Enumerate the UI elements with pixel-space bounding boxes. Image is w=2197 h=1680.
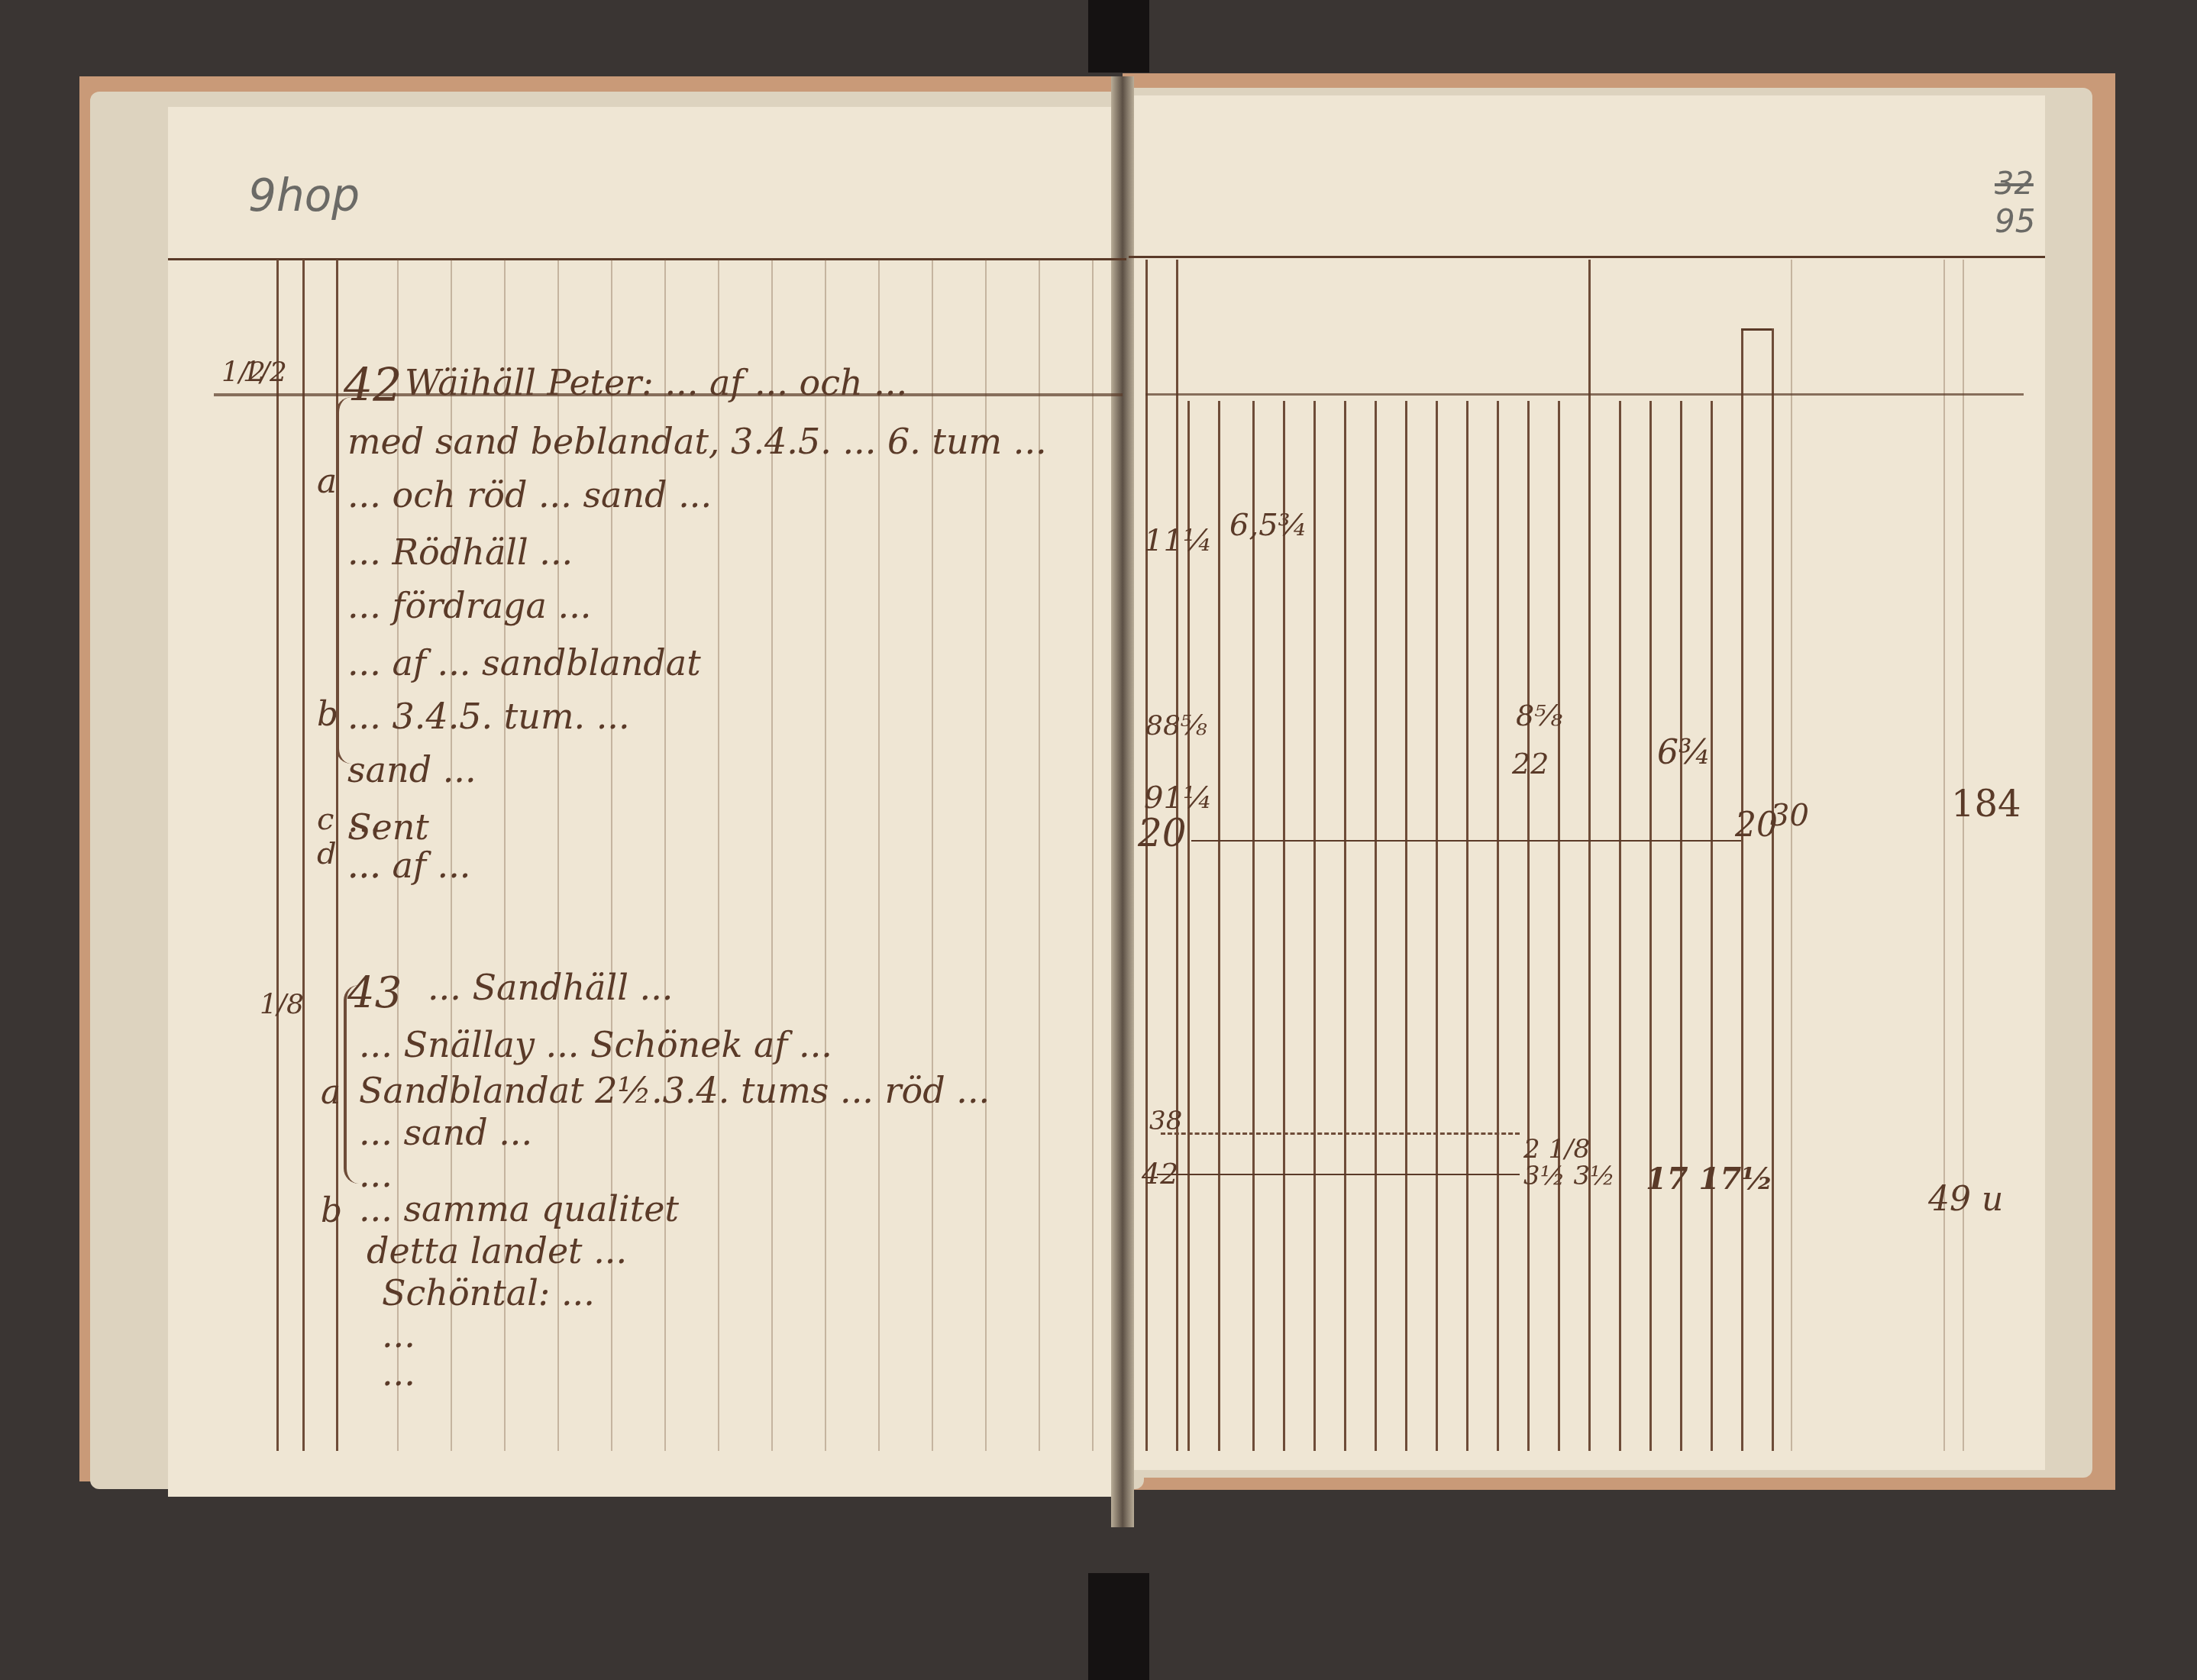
margin-rule-2 — [302, 260, 305, 1451]
col-rule — [1283, 401, 1285, 1451]
figure: 3½ 3½ — [1523, 1161, 1615, 1191]
figure: 30 — [1770, 798, 1809, 833]
faint-rule — [1791, 260, 1792, 1451]
entry-42-line: ... fördraga ... — [347, 588, 591, 623]
entry-42-c-text: Sent — [347, 809, 429, 845]
entry-42-line: med sand beblandat, 3.4.5. ... 6. tum ..… — [347, 424, 1047, 459]
col-rule — [1649, 401, 1652, 1451]
figure: 2 1/8 — [1523, 1134, 1590, 1165]
figure: 38 — [1149, 1106, 1182, 1136]
faint-rule — [1943, 260, 1945, 1451]
entry-42-rule-right — [1145, 393, 2024, 396]
entry-42-label-d: d — [317, 836, 337, 871]
entry-43-b-line: ... — [382, 1317, 415, 1352]
header-rule-right — [1129, 256, 2045, 258]
figure: 6¾ — [1657, 733, 1711, 772]
figure: 184 — [1951, 783, 2021, 825]
col-rule — [1313, 401, 1316, 1451]
entry-43-b-line: detta landet ... — [367, 1233, 627, 1268]
entry-43-b-line: Schöntal: ... — [382, 1275, 595, 1310]
margin-rule-1 — [276, 260, 279, 1451]
dashed-rule — [1161, 1132, 1520, 1135]
entry-42-label-b: b — [317, 695, 338, 734]
col-rule — [1711, 401, 1713, 1451]
folio-number-struck: 32 — [1995, 166, 2034, 202]
col-rule — [1375, 401, 1377, 1451]
figure: 88⅝ — [1145, 710, 1207, 741]
entry-43-label-b: b — [321, 1191, 342, 1230]
col-rule — [1344, 401, 1346, 1451]
col-rule — [1436, 401, 1438, 1451]
col-rule — [1145, 260, 1148, 1451]
spine-dark — [1088, 0, 1149, 73]
col-rule — [1588, 260, 1591, 1451]
figure: 22 — [1512, 747, 1549, 780]
entry-43-line: ... Snällay ... Schönek af ... — [359, 1027, 832, 1062]
right-page — [1129, 95, 2045, 1470]
col-rule — [1466, 401, 1468, 1451]
gutter-shadow — [1111, 76, 1134, 1527]
col-rule — [1252, 401, 1255, 1451]
entry-42-line: sand ... — [347, 752, 477, 787]
entry-43-b-line: ... — [382, 1355, 415, 1391]
entry-43-line: Sandblandat 2½.3.4. tums ... röd ... — [359, 1073, 990, 1108]
col-rule — [1619, 401, 1621, 1451]
header-rule-left — [168, 258, 1126, 260]
col-cap — [1741, 328, 1772, 331]
left-page — [168, 107, 1126, 1497]
col-rule — [1497, 401, 1499, 1451]
entry-42-line: ... 3.4.5. tum. ... — [347, 699, 630, 734]
figure: 49 u — [1928, 1180, 2003, 1219]
faint-rule — [1092, 260, 1094, 1451]
figure: 20 — [1138, 811, 1187, 855]
col-rule — [1527, 401, 1530, 1451]
entry-42-label-a: a — [317, 462, 337, 501]
entry-42-brace — [336, 397, 353, 764]
col-rule — [1218, 401, 1220, 1451]
entry-43-label-a: a — [321, 1073, 341, 1112]
figure: 11¼ — [1144, 523, 1213, 558]
entry-43-line: ... sand ... — [359, 1115, 532, 1150]
col-rule — [1680, 401, 1682, 1451]
figure: 17 17½ — [1646, 1161, 1773, 1197]
entry-43-line: ... — [359, 1157, 393, 1192]
entry-43-date-mark: 1/8 — [260, 989, 304, 1020]
col-rule — [1187, 401, 1190, 1451]
entry-42-line: Wäihäll Peter: ... af ... och ... — [405, 365, 907, 400]
entry-42-line: ... af ... sandblandat — [347, 645, 701, 680]
col-rule — [1405, 401, 1407, 1451]
entry-43-line: ... Sandhäll ... — [428, 970, 673, 1005]
col-rule — [1741, 328, 1743, 1451]
folio-number: 95 — [1995, 202, 2035, 240]
spine-dark-bottom — [1088, 1573, 1149, 1680]
faint-rule — [1963, 260, 1964, 1451]
entry-42-line: ... och röd ... sand ... — [347, 477, 712, 512]
entry-42-d-text: ... af ... — [347, 848, 470, 883]
entry-43-brace — [344, 985, 360, 1184]
entry-42-label-c: c — [317, 802, 334, 837]
entry-43-b-line: ... samma qualitet — [359, 1191, 679, 1226]
figure: 8⅝ — [1516, 699, 1562, 732]
entry-42-date-mark-2: 1/2 — [243, 359, 287, 386]
rule — [1157, 1174, 1520, 1175]
col-rule — [1772, 328, 1774, 1451]
entry-42-line: ... Rödhäll ... — [347, 535, 573, 570]
figure: 6,5¾ — [1229, 508, 1307, 543]
total-rule — [1191, 840, 1741, 842]
page-header-pencil: 9hop — [248, 170, 360, 221]
col-rule — [1176, 260, 1178, 1451]
col-rule — [1558, 401, 1560, 1451]
